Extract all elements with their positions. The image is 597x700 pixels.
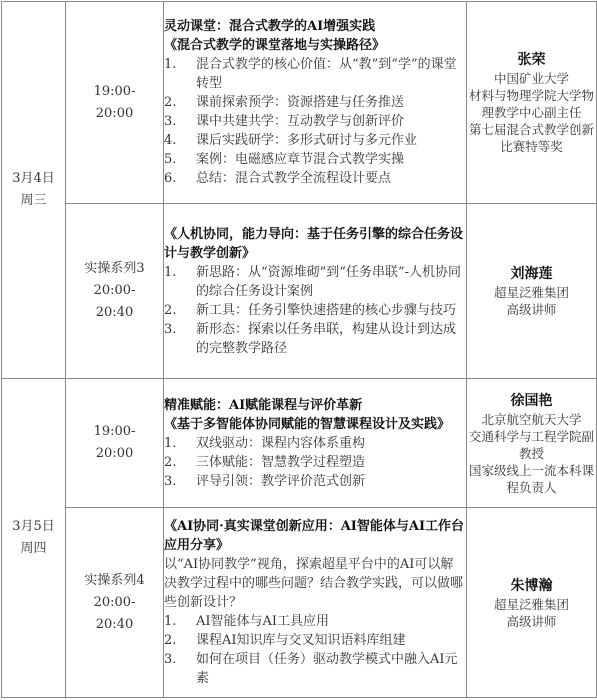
date-label: 3月5日 [2,516,65,538]
agenda-item: 1.混合式教学的核心价值：从“教”到“学”的课堂转型 [164,55,466,93]
session-content: 《人机协同，能力导向：基于任务引擎的综合任务设计与教学创新》 1.新思路：从“资… [164,204,467,379]
agenda-item: 4.课后实践研学：多形式研讨与多元作业 [164,131,466,150]
date-cell: 3月5日 周四 [2,379,66,698]
session-series-label: 实操系列3 [66,258,163,280]
session-subtitle: 《基于多智能体协同赋能的智慧课程设计及实践》 [164,415,466,434]
session-content: 灵动课堂：混合式教学的AI增强实践 《混合式教学的课堂落地与实操路径》 1.混合… [164,2,467,204]
agenda-item: 3.新形态：探索以任务串联，构建从设计到达成的完整教学路径 [164,320,466,358]
time-start: 19:00- [66,81,163,103]
speaker-name: 刘海莲 [467,264,596,284]
session-content: 《AI协同·真实课堂创新应用：AI智能体与AI工作台应用分享》 以“AI协同教学… [164,508,467,698]
time-start: 19:00- [66,421,163,443]
agenda-item: 2.三体赋能：智慧教学过程塑造 [164,453,466,472]
speaker-title: 高级讲师 [467,301,596,318]
speaker-affiliation: 北京航空航天大学 [467,411,596,428]
agenda-item: 3.课中共建共学：互动教学与创新评价 [164,112,466,131]
speaker-name: 张荣 [467,50,596,70]
schedule-table: 3月4日 周三 19:00- 20:00 灵动课堂：混合式教学的AI增强实践 《… [1,1,597,698]
date-label: 3月4日 [2,168,65,190]
agenda-item: 2.课前探索预学：资源搭建与任务推送 [164,93,466,112]
speaker-title: 交通科学与工程学院副教授 [467,428,596,462]
agenda-list: 1.AI智能体与AI工具应用 2.课程AI知识库与交叉知识语料库组建 3.如何在… [164,612,466,688]
time-end: 20:00 [66,443,163,465]
time-cell: 19:00- 20:00 [66,379,164,508]
session-content: 精准赋能：AI赋能课程与评价革新 《基于多智能体协同赋能的智慧课程设计及实践》 … [164,379,467,508]
speaker-award: 第七届混合式教学创新比赛特等奖 [467,121,596,155]
speaker-title: 材料与物理学院大学物理教学中心副主任 [467,87,596,121]
weekday-label: 周四 [2,538,65,560]
agenda-item: 1.AI智能体与AI工具应用 [164,612,466,631]
speaker-name: 徐国艳 [467,391,596,411]
session-series-label: 实操系列4 [66,570,163,592]
weekday-label: 周三 [2,190,65,212]
time-end: 20:40 [66,302,163,324]
agenda-item: 2.新工具：任务引擎快速搭建的核心步骤与技巧 [164,301,466,320]
agenda-item: 2.课程AI知识库与交叉知识语料库组建 [164,631,466,650]
speaker-affiliation: 超星泛雅集团 [467,596,596,613]
speaker-cell: 徐国艳 北京航空航天大学 交通科学与工程学院副教授 国家级线上一流本科课程负责人 [467,379,597,508]
agenda-item: 3.评导引领：教学评价范式创新 [164,472,466,491]
agenda-item: 1.新思路：从“资源堆砌”到“任务串联”-人机协同的综合任务设计案例 [164,263,466,301]
time-cell: 实操系列3 20:00- 20:40 [66,204,164,379]
time-cell: 实操系列4 20:00- 20:40 [66,508,164,698]
agenda-item: 6.总结：混合式教学全流程设计要点 [164,169,466,188]
session-title: 《人机协同，能力导向：基于任务引擎的综合任务设计与教学创新》 [164,225,466,263]
speaker-cell: 朱博瀚 超星泛雅集团 高级讲师 [467,508,597,698]
agenda-list: 1.双线驱动：课程内容体系重构 2.三体赋能：智慧教学过程塑造 3.评导引领：教… [164,434,466,491]
agenda-item: 5.案例：电磁感应章节混合式教学实操 [164,150,466,169]
session-row: 实操系列4 20:00- 20:40 《AI协同·真实课堂创新应用：AI智能体与… [2,508,597,698]
time-start: 20:00- [66,592,163,614]
speaker-cell: 张荣 中国矿业大学 材料与物理学院大学物理教学中心副主任 第七届混合式教学创新比… [467,2,597,204]
speaker-title: 高级讲师 [467,613,596,630]
speaker-name: 朱博瀚 [467,576,596,596]
session-row: 3月4日 周三 19:00- 20:00 灵动课堂：混合式教学的AI增强实践 《… [2,2,597,204]
speaker-affiliation: 超星泛雅集团 [467,284,596,301]
session-subtitle: 《混合式教学的课堂落地与实操路径》 [164,36,466,55]
time-start: 20:00- [66,280,163,302]
speaker-award: 国家级线上一流本科课程负责人 [467,462,596,496]
time-end: 20:40 [66,614,163,636]
date-cell: 3月4日 周三 [2,2,66,379]
time-cell: 19:00- 20:00 [66,2,164,204]
agenda-item: 1.双线驱动：课程内容体系重构 [164,434,466,453]
session-title: 《AI协同·真实课堂创新应用：AI智能体与AI工作台应用分享》 [164,517,466,555]
time-end: 20:00 [66,103,163,125]
speaker-affiliation: 中国矿业大学 [467,70,596,87]
session-title: 精准赋能：AI赋能课程与评价革新 [164,396,466,415]
session-title: 灵动课堂：混合式教学的AI增强实践 [164,17,466,36]
session-row: 3月5日 周四 19:00- 20:00 精准赋能：AI赋能课程与评价革新 《基… [2,379,597,508]
agenda-list: 1.混合式教学的核心价值：从“教”到“学”的课堂转型 2.课前探索预学：资源搭建… [164,55,466,188]
session-row: 实操系列3 20:00- 20:40 《人机协同，能力导向：基于任务引擎的综合任… [2,204,597,379]
agenda-item: 3.如何在项目（任务）驱动教学模式中融入AI元素 [164,650,466,688]
speaker-cell: 刘海莲 超星泛雅集团 高级讲师 [467,204,597,379]
agenda-list: 1.新思路：从“资源堆砌”到“任务串联”-人机协同的综合任务设计案例 2.新工具… [164,263,466,358]
session-intro: 以“AI协同教学”视角，探索超星平台中的AI可以解决教学过程中的哪些问题？结合教… [164,555,466,612]
